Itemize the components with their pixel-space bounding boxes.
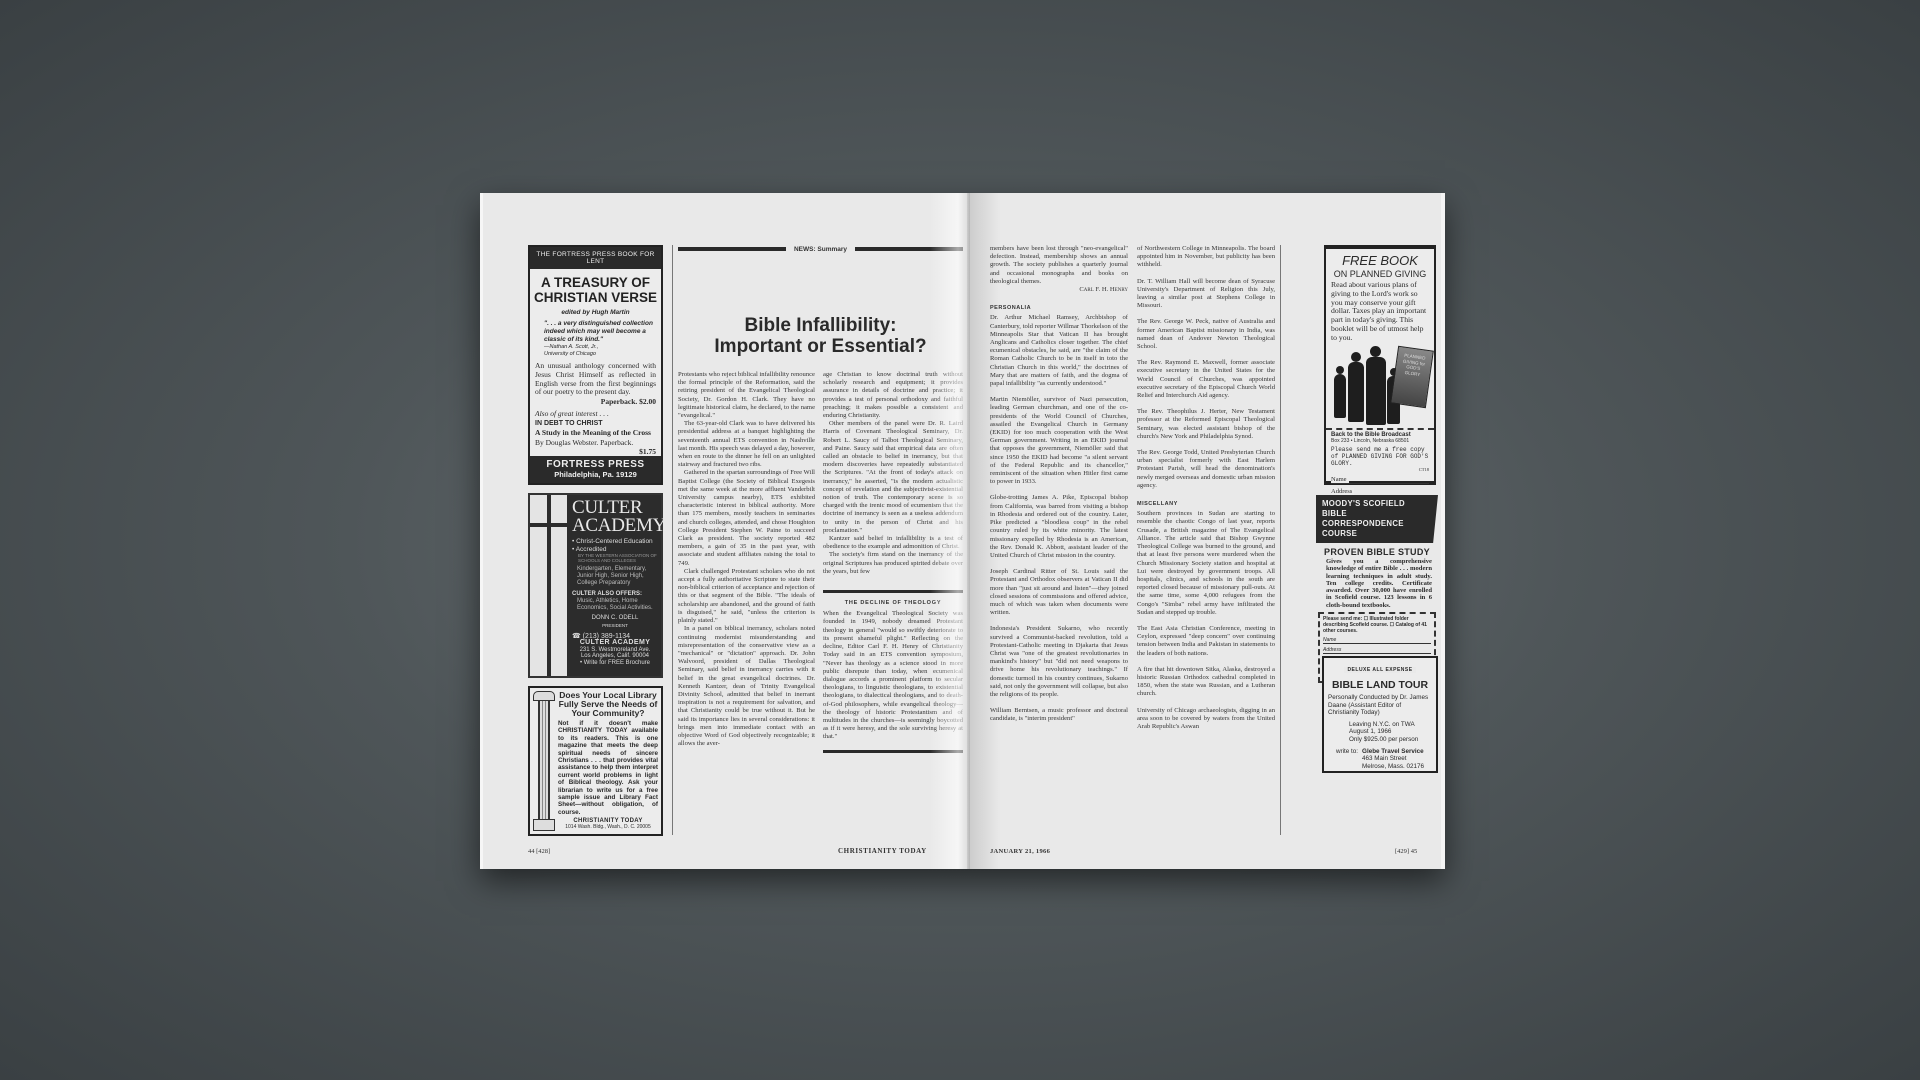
quote-affiliation: University of Chicago — [530, 351, 661, 358]
name-line: ACADEMY — [572, 517, 658, 535]
ad-address: 1014 Wash. Bldg., Wash., D. C. 20005 — [558, 824, 658, 830]
ad-question: Does Your Local Library Fully Serve the … — [558, 691, 658, 718]
paragraph: Indonesia's President Sukarno, who recen… — [990, 625, 1128, 699]
column-rule — [672, 245, 673, 835]
paragraph: William Berntsen, a music professor and … — [990, 707, 1128, 723]
article-column-2: age Christian to know doctrinal truth wi… — [823, 371, 963, 841]
ad-publisher: FORTRESS PRESS Philadelphia, Pa. 19129 — [530, 456, 661, 483]
paragraph: Protestants who reject biblical infallib… — [678, 371, 815, 420]
ad-code: CT18 — [1331, 467, 1429, 472]
ad-quote: ". . . a very distinguished collection i… — [530, 316, 661, 344]
name-field[interactable]: Name — [1331, 476, 1429, 484]
paragraph: When the Evangelical Theological Society… — [823, 610, 963, 741]
signature: Carl F. H. Henry — [990, 286, 1128, 294]
paragraph: Martin Niemöller, survivor of Nazi perse… — [990, 396, 1128, 486]
paragraph: members have been lost through "neo-evan… — [990, 245, 1128, 286]
send-options[interactable]: Please send me: ☐ Illustrated folder des… — [1323, 616, 1431, 634]
header-bar — [855, 247, 963, 251]
paragraph: age Christian to know doctrinal truth wi… — [823, 371, 963, 420]
grades: Kindergarten, Elementary, Junior High, S… — [577, 566, 658, 587]
paragraph: The society's firm stand on the inerranc… — [823, 551, 963, 576]
tour-details: Leaving N.Y.C. on TWA August 1, 1966 Onl… — [1324, 717, 1436, 744]
ad-title: FREE BOOK — [1326, 253, 1434, 268]
publisher-name: FORTRESS PRESS — [530, 459, 661, 470]
headline-line: Important or Essential? — [678, 336, 963, 357]
ad-price: Paperback. $2.00 — [530, 397, 661, 406]
section-divider — [823, 590, 963, 593]
offers: Music, Athletics, Home Economics, Social… — [577, 598, 658, 612]
section-header: NEWS: Summary — [678, 245, 963, 253]
figure-icon — [1334, 374, 1346, 418]
bullet-item: • Accredited — [572, 546, 658, 553]
paragraph: The Rev. George W. Peck, native of Austr… — [1137, 318, 1275, 351]
booklet-image: PLANNED GIVING for GOD'S GLORY — [1390, 345, 1434, 407]
ad-headline: PROVEN BIBLE STUDY — [1316, 547, 1438, 557]
figure-icon — [1370, 346, 1381, 357]
ad-also: Also of great interest . . . — [530, 406, 661, 418]
left-page: THE FORTRESS PRESS BOOK FOR LENT A TREAS… — [480, 193, 970, 869]
column-rule — [1280, 245, 1281, 835]
academy-name: CULTER ACADEMY — [572, 499, 658, 535]
title-line: CHRISTIAN VERSE — [530, 290, 661, 305]
paragraph: The Rev. Theophilus J. Herter, New Testa… — [1137, 408, 1275, 441]
paragraph: In a panel on biblical inerrancy, schola… — [678, 625, 815, 748]
president-title: PRESIDENT — [572, 622, 658, 629]
article-headline: Bible Infallibility: Important or Essent… — [678, 315, 963, 357]
ad-banner: THE FORTRESS PRESS BOOK FOR LENT — [530, 247, 661, 269]
paragraph: Clark challenged Protestant scholars who… — [678, 568, 815, 625]
president-name: DONN C. ODELL — [572, 615, 658, 622]
paragraph: University of Chicago archaeologists, di… — [1137, 707, 1275, 732]
ad-editor: edited by Hugh Martin — [530, 309, 661, 316]
name-field[interactable]: Name — [1323, 637, 1431, 644]
paragraph: A fire that hit downtown Sitka, Alaska, … — [1137, 666, 1275, 699]
address-field[interactable]: Address — [1323, 647, 1431, 654]
brochure-offer: • Write for FREE Brochure — [572, 660, 658, 667]
quote-author: —Nathan A. Scott, Jr., — [530, 344, 661, 351]
book2-price: $1.75 — [530, 447, 661, 456]
paragraph: of Northwestern College in Minneapolis. … — [1137, 245, 1275, 270]
fortress-press-ad: THE FORTRESS PRESS BOOK FOR LENT A TREAS… — [528, 245, 663, 485]
page-number: 44 [428] — [528, 848, 550, 855]
bullet-item: • Christ-Centered Education — [572, 538, 658, 545]
right-column-1: members have been lost through "neo-evan… — [990, 245, 1128, 835]
moody-correspondence-ad: MOODY'S SCOFIELD BIBLE CORRESPONDENCE CO… — [1316, 495, 1438, 640]
book2-subtitle: A Study in the Meaning of the Cross — [530, 427, 661, 437]
paragraph: Globe-trotting James A. Pike, Episcopal … — [990, 494, 1128, 560]
ad-subtitle: ON PLANNED GIVING — [1326, 269, 1434, 279]
accreditation: BY THE WESTERN ASSOCIATION OF SCHOOLS AN… — [578, 553, 658, 563]
right-page: members have been lost through "neo-evan… — [970, 193, 1445, 869]
free-book-ad: FREE BOOK ON PLANNED GIVING Read about v… — [1324, 245, 1436, 485]
addr-name: CULTER ACADEMY — [580, 639, 651, 646]
running-foot: CHRISTIANITY TODAY — [838, 847, 927, 855]
cross-icon-bar — [530, 523, 567, 527]
paragraph: Kantzer said belief in infallibility is … — [823, 535, 963, 551]
ad-body: Read about various plans of giving to th… — [1326, 279, 1434, 343]
ad-content: Does Your Local Library Fully Serve the … — [558, 691, 658, 830]
paragraph: Gathered in the spartan surroundings of … — [678, 469, 815, 567]
right-column-2: of Northwestern College in Minneapolis. … — [1137, 245, 1275, 835]
paragraph: Dr. Arthur Michael Ramsey, Archbishop of… — [990, 314, 1128, 388]
paragraph: The 63-year-old Clark was to have delive… — [678, 420, 815, 469]
subsection-heading: THE DECLINE OF THEOLOGY — [823, 599, 963, 607]
headline-line: Bible Infallibility: — [678, 315, 963, 336]
flag-line: MOODY'S SCOFIELD BIBLE — [1322, 499, 1432, 519]
family-illustration: PLANNED GIVING for GOD'S GLORY — [1326, 346, 1434, 428]
ad-content: CULTER ACADEMY • Christ-Centered Educati… — [572, 499, 658, 666]
addr-city: Los Angeles, Calif. 90004 — [572, 653, 658, 660]
paragraph: Joseph Cardinal Ritter of St. Louis said… — [990, 568, 1128, 617]
header-bar — [678, 247, 786, 251]
figure-icon — [1336, 366, 1344, 374]
figure-icon — [1351, 352, 1361, 362]
conducted-by: Personally Conducted by Dr. James Daane … — [1324, 691, 1436, 717]
column-pillar-icon — [533, 691, 555, 831]
ad-title: BIBLE LAND TOUR — [1324, 679, 1436, 691]
figure-icon — [1348, 362, 1364, 422]
request-text: Please send me a free copy of PLANNED GI… — [1331, 446, 1429, 467]
page-number: [429] 45 — [1395, 848, 1417, 855]
book2-author: By Douglas Webster. Paperback. — [530, 437, 661, 447]
paragraph: The East Asia Christian Conference, meet… — [1137, 625, 1275, 658]
offers-heading: CULTER ALSO OFFERS: — [572, 591, 658, 597]
section-divider — [823, 750, 963, 753]
paragraph: The Rev. Raymond E. Maxwell, former asso… — [1137, 359, 1275, 400]
paragraph: Other members of the panel were Dr. R. L… — [823, 420, 963, 535]
ad-top-label: DELUXE ALL EXPENSE — [1344, 667, 1415, 673]
bible-land-tour-ad: DELUXE ALL EXPENSE BIBLE LAND TOUR Perso… — [1322, 656, 1438, 773]
title-line: A TREASURY OF — [530, 275, 661, 290]
library-ad: Does Your Local Library Fully Serve the … — [528, 686, 663, 836]
ad-body: An unusual anthology concerned with Jesu… — [530, 358, 661, 397]
article-column-1: Protestants who reject biblical infallib… — [678, 371, 815, 841]
flag-line: CORRESPONDENCE COURSE — [1322, 519, 1432, 539]
ad-body: Gives you a comprehensive knowledge of e… — [1316, 557, 1438, 609]
ad-title: A TREASURY OF CHRISTIAN VERSE — [530, 275, 661, 305]
issue-date: JANUARY 21, 1966 — [990, 848, 1050, 855]
org-address: Box 233 • Lincoln, Nebraska 68501 — [1331, 438, 1429, 444]
book2-title: IN DEBT TO CHRIST — [530, 418, 661, 427]
paragraph: Southern provinces in Sudan are starting… — [1137, 510, 1275, 617]
magazine-spread: THE FORTRESS PRESS BOOK FOR LENT A TREAS… — [480, 193, 1445, 869]
paragraph: The Rev. George Todd, United Presbyteria… — [1137, 449, 1275, 490]
publisher-city: Philadelphia, Pa. 19129 — [530, 470, 661, 479]
figure-icon — [1366, 357, 1386, 425]
section-heading: MISCELLANY — [1137, 500, 1275, 508]
culter-academy-ad: CULTER ACADEMY • Christ-Centered Educati… — [528, 493, 663, 678]
contact-address: write to: Glebe Travel Service 463 Main … — [1324, 744, 1436, 771]
section-label: NEWS: Summary — [786, 246, 855, 253]
section-heading: PERSONALIA — [990, 304, 1128, 312]
ad-body: Not if it doesn't make CHRISTIANITY TODA… — [558, 720, 658, 816]
address: CULTER ACADEMY 231 S. Westmoreland Ave. … — [572, 640, 658, 666]
paragraph: Dr. T. William Hall will become dean of … — [1137, 278, 1275, 311]
ad-flag: MOODY'S SCOFIELD BIBLE CORRESPONDENCE CO… — [1316, 495, 1438, 543]
